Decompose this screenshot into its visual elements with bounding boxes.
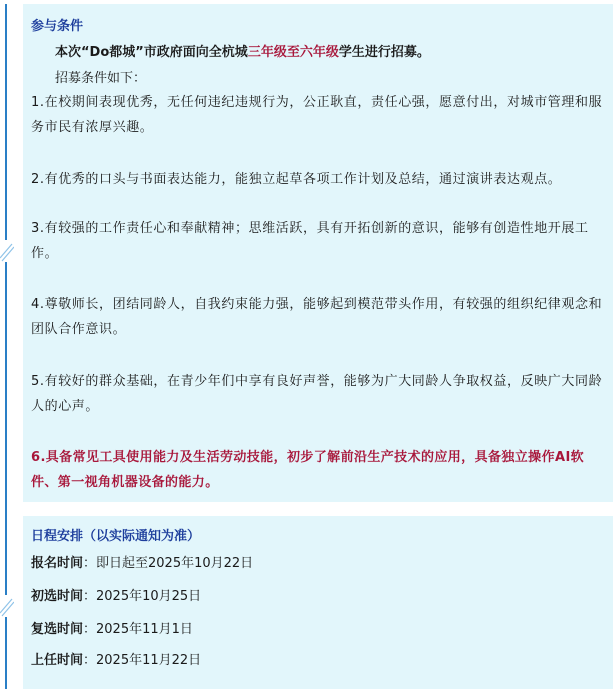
schedule-label: 上任时间	[31, 653, 83, 668]
condition-item-highlight: 6.具备常见工具使用能力及生活劳动技能，初步了解前沿生产技术的应用，具备独立操作…	[31, 445, 607, 495]
grade-highlight: 三年级至六年级	[248, 45, 339, 60]
schedule-row-inauguration: 上任时间：2025年11月22日	[31, 653, 201, 669]
condition-item: 2.有优秀的口头与书面表达能力，能独立起草各项工作计划及总结，通过演讲表达观点。	[31, 167, 607, 192]
rail-break-icon	[0, 595, 14, 617]
conditions-subtitle: 招募条件如下：	[55, 71, 146, 87]
schedule-row-registration: 报名时间：即日起至2025年10月22日	[31, 556, 253, 572]
schedule-title: 日程安排（以实际通知为准）	[31, 529, 200, 545]
schedule-label: 复选时间	[31, 622, 83, 637]
schedule-value: ：2025年11月22日	[83, 653, 201, 668]
schedule-row-preliminary: 初选时间：2025年10月25日	[31, 589, 201, 605]
rail-break-icon	[0, 240, 14, 262]
condition-item: 5.有较好的群众基础，在青少年们中享有良好声誉，能够为广大同龄人争取权益，反映广…	[31, 369, 607, 419]
condition-item: 3.有较强的工作责任心和奉献精神；思维活跃，具有开拓创新的意识，能够有创造性地开…	[31, 216, 607, 266]
eligibility-title: 参与条件	[31, 19, 83, 35]
schedule-label: 报名时间	[31, 556, 83, 571]
schedule-row-reselection: 复选时间：2025年11月1日	[31, 622, 193, 638]
schedule-section: 日程安排（以实际通知为准） 报名时间：即日起至2025年10月22日 初选时间：…	[23, 516, 613, 689]
schedule-value: ：即日起至2025年10月22日	[83, 556, 253, 571]
left-rail-line	[5, 4, 7, 689]
condition-item: 1.在校期间表现优秀，无任何违纪违规行为，公正耿直，责任心强，愿意付出，对城市管…	[31, 90, 607, 140]
intro-suffix: 学生进行招募。	[339, 45, 430, 60]
schedule-value: ：2025年11月1日	[83, 622, 193, 637]
eligibility-section: 参与条件 本次“Do都城”市政府面向全杭城三年级至六年级学生进行招募。 招募条件…	[23, 4, 613, 502]
schedule-label: 初选时间	[31, 589, 83, 604]
schedule-value: ：2025年10月25日	[83, 589, 201, 604]
condition-item: 4.尊敬师长，团结同龄人，自我约束能力强，能够起到模范带头作用，有较强的组织纪律…	[31, 292, 607, 342]
intro-prefix: 本次“Do都城”市政府面向全杭城	[55, 45, 248, 60]
intro-line: 本次“Do都城”市政府面向全杭城三年级至六年级学生进行招募。	[55, 45, 430, 61]
